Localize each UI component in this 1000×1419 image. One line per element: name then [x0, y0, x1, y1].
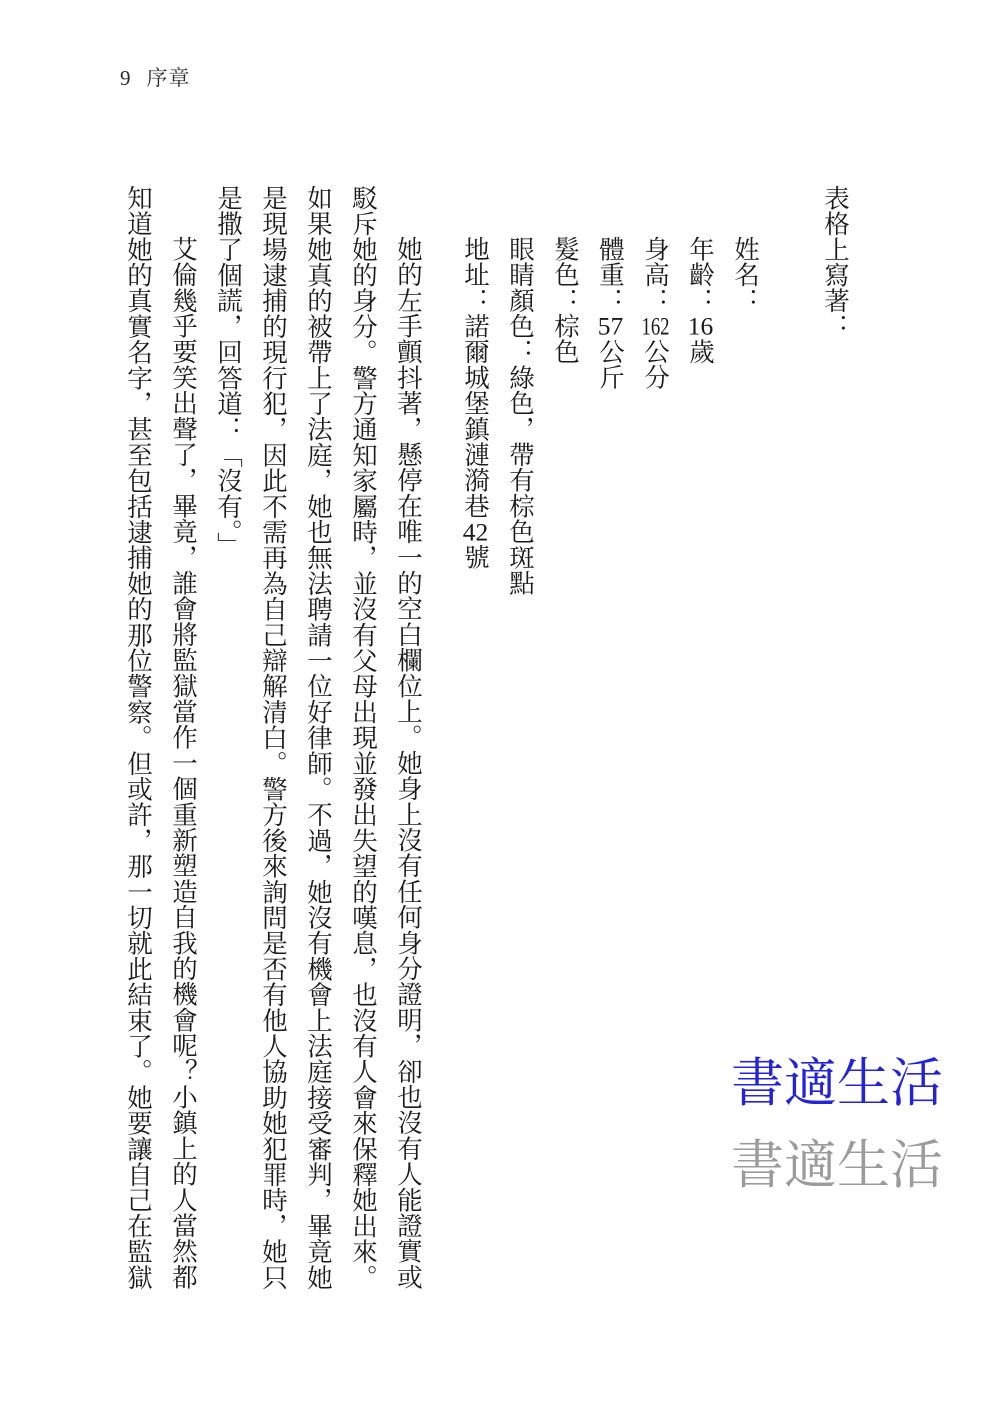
chapter-title: 序章: [147, 66, 191, 90]
age-unit: 歲: [686, 339, 715, 365]
watermark-blue: 書適生活: [731, 1058, 943, 1111]
hair-label: 髮色：棕色: [551, 236, 580, 365]
running-header: 9序章: [120, 62, 191, 92]
narrative-column: 如果她真的被帶上了法庭，她也無法聘請一位好律師。不過，她沒有機會上法庭接受審判，…: [296, 185, 341, 1305]
form-field-age: 年齡：16歲: [678, 185, 723, 1305]
form-field-height: 身高：162公分: [633, 185, 678, 1305]
name-label: 姓名：: [731, 236, 760, 313]
address-number: 42: [461, 519, 490, 545]
weight-label: 體重：: [596, 236, 625, 313]
height-label: 身高：: [641, 236, 670, 313]
narrative-column: 是撒了個謊，回答道：「沒有。」: [206, 185, 251, 1305]
book-page: 9序章 表格上寫著： 姓名： 年齡：16歲 身高：162公分 體重：57公斤 髮…: [0, 0, 1000, 1419]
height-unit: 公分: [641, 339, 670, 390]
weight-value: 57: [596, 313, 625, 339]
eyes-label: 眼睛顏色：綠色，帶有棕色斑點: [506, 236, 535, 596]
narrative-column: 艾倫幾乎要笑出聲了，畢竟，誰會將監獄當作一個重新塑造自我的機會呢？小鎮上的人當然…: [161, 185, 206, 1305]
address-label: 地址：諾爾城堡鎮漣漪巷: [461, 236, 490, 519]
height-value: 162: [641, 313, 670, 339]
age-value: 16: [686, 313, 715, 339]
form-field-eye-color: 眼睛顏色：綠色，帶有棕色斑點: [498, 185, 543, 1305]
narrative-column: 駁斥她的身分。警方通知家屬時，並沒有父母出現並發出失望的嘆息，也沒有人會來保釋她…: [341, 185, 386, 1305]
narrative-column: 是現場逮捕的現行犯，因此不需再為自己辯解清白。警方後來詢問是否有他人協助她犯罪時…: [251, 185, 296, 1305]
form-field-hair-color: 髮色：棕色: [543, 185, 588, 1305]
address-unit: 號: [461, 544, 490, 570]
page-number: 9: [120, 66, 132, 90]
form-field-address: 地址：諾爾城堡鎮漣漪巷42號: [453, 185, 498, 1305]
watermark-gray: 書適生活: [731, 1140, 943, 1193]
weight-unit: 公斤: [596, 339, 625, 390]
age-label: 年齡：: [686, 236, 715, 313]
narrative-column: 她的左手顫抖著，懸停在唯一的空白欄位上。她身上沒有任何身分證明，卻也沒有人能證實…: [386, 185, 431, 1305]
narrative-column: 知道她的真實名字，甚至包括逮捕她的那位警察。但或許，那一切就此結束了。她要讓自己…: [116, 185, 161, 1305]
form-field-weight: 體重：57公斤: [588, 185, 633, 1305]
